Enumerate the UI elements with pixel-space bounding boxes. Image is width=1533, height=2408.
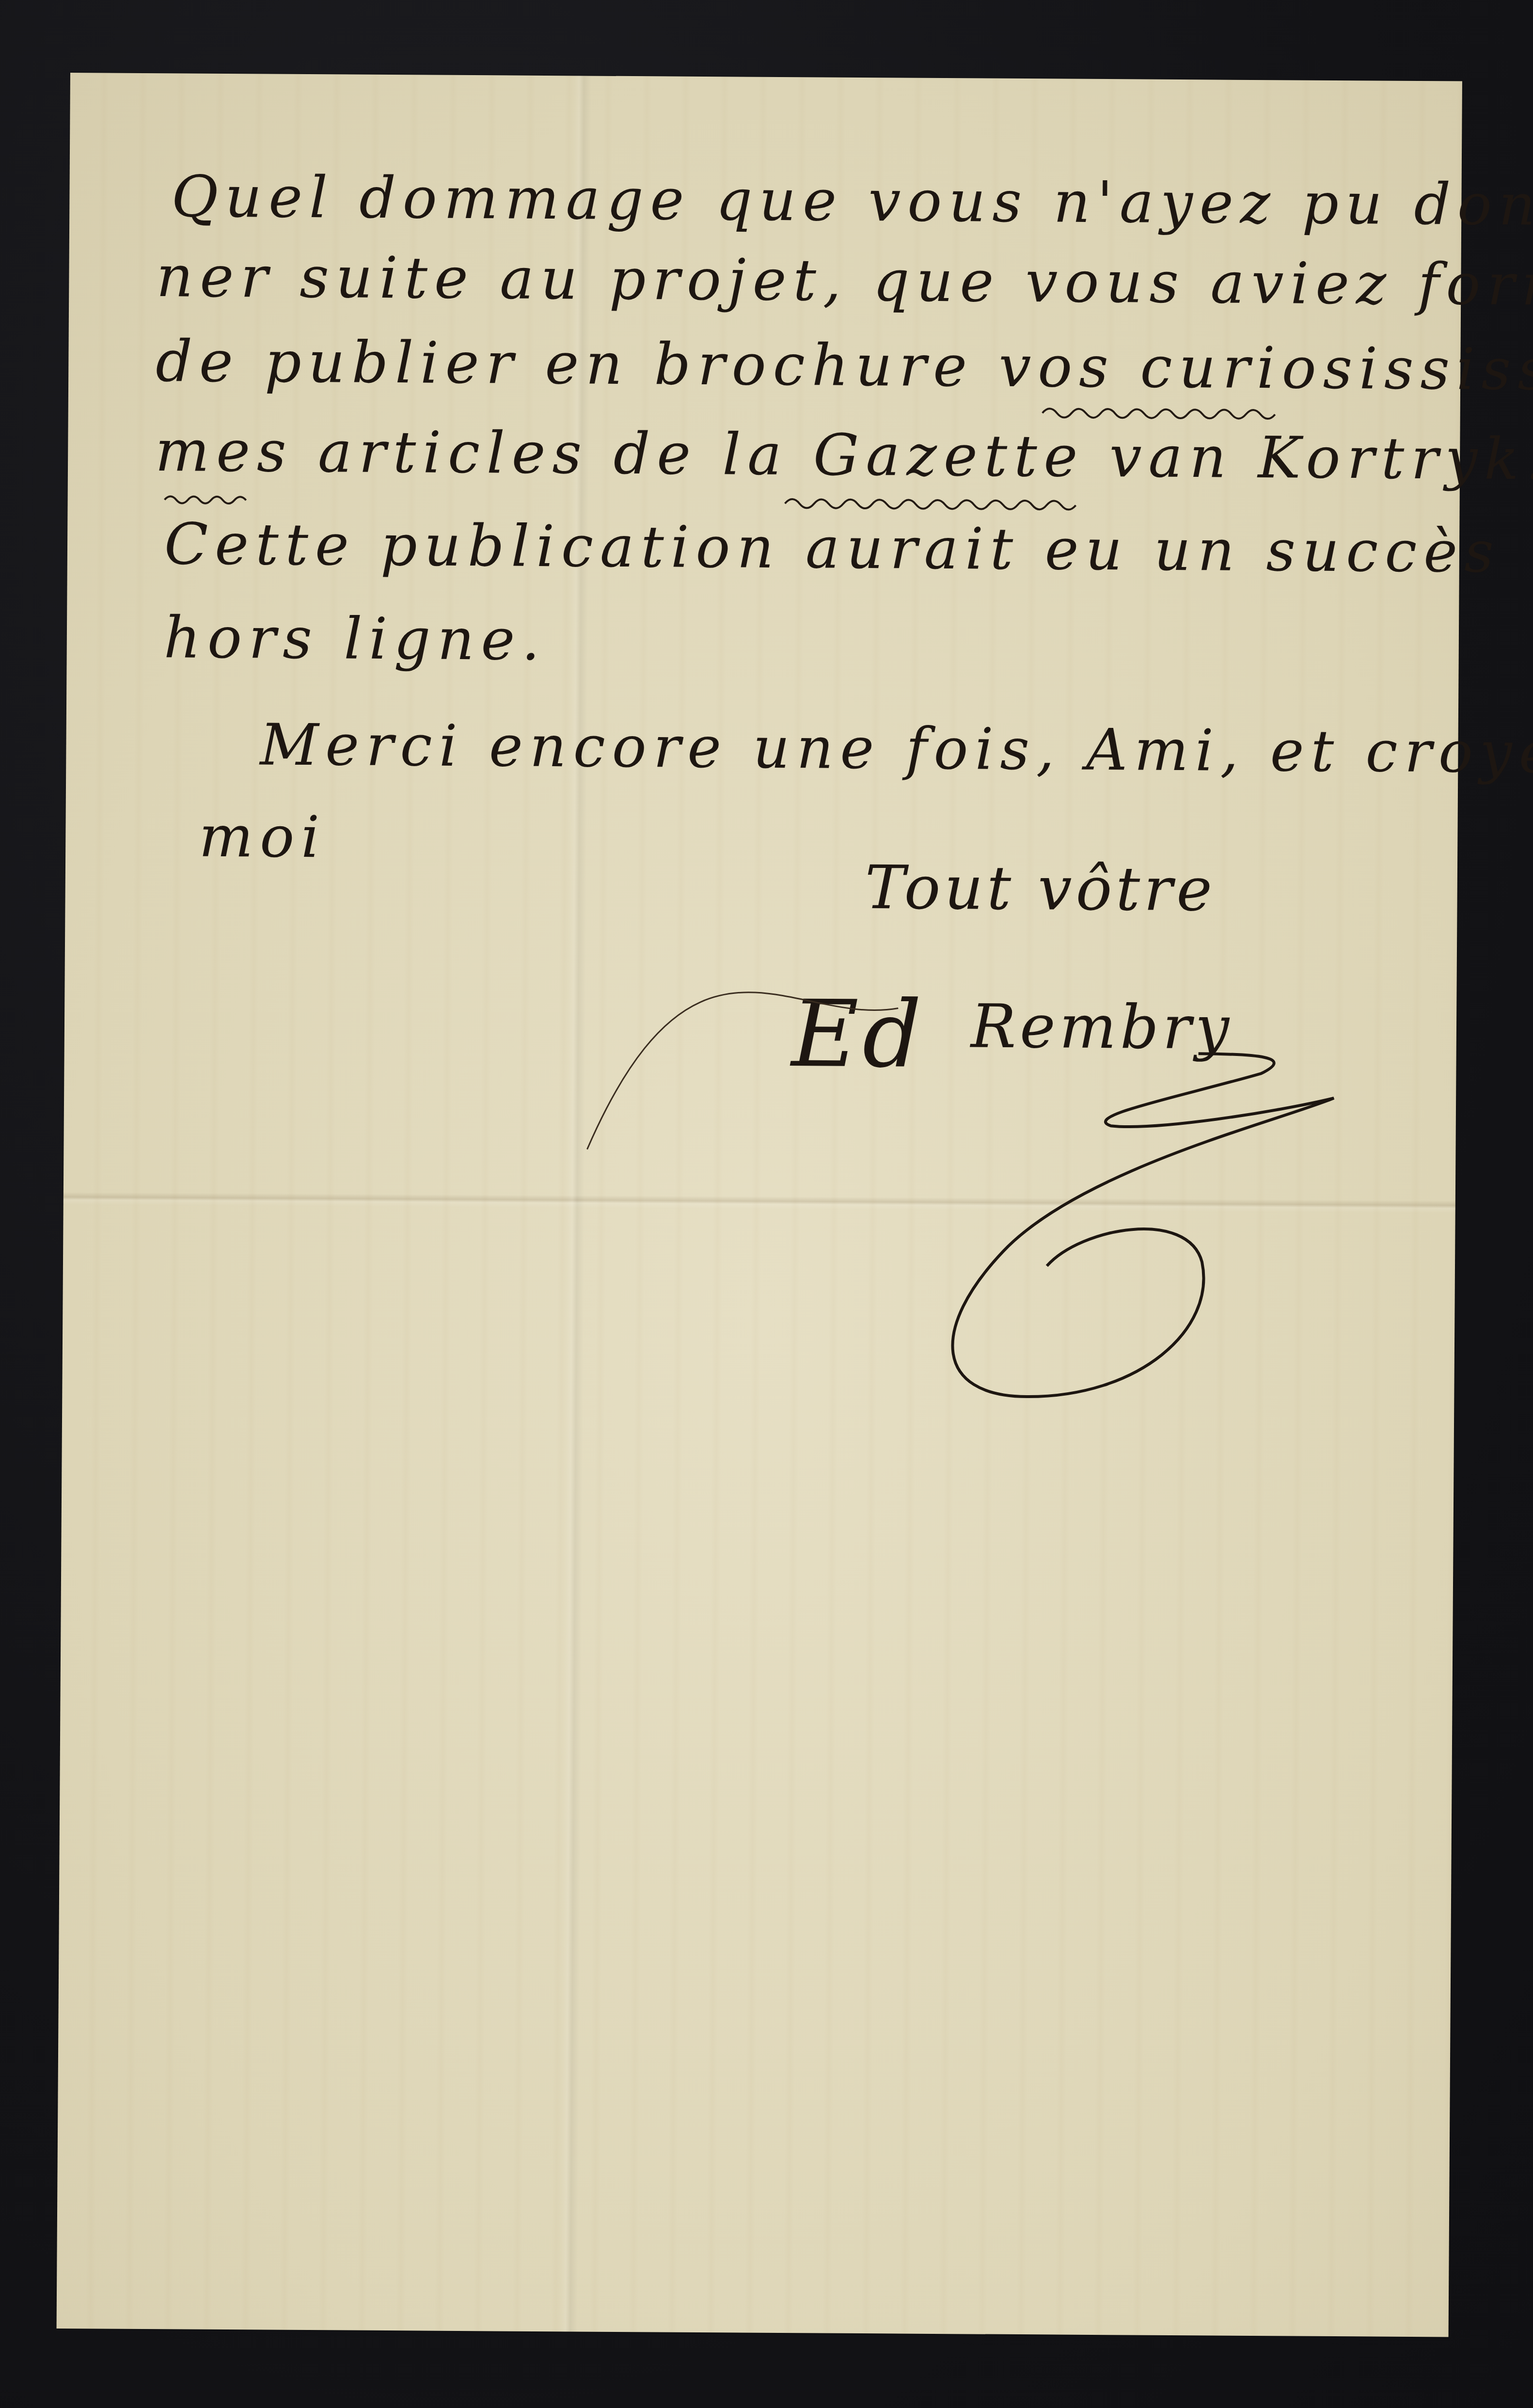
letter-page: Quel dommage que vous n'ayez pu don- ner… xyxy=(57,73,1462,2337)
signature-flourish xyxy=(62,73,1462,1535)
